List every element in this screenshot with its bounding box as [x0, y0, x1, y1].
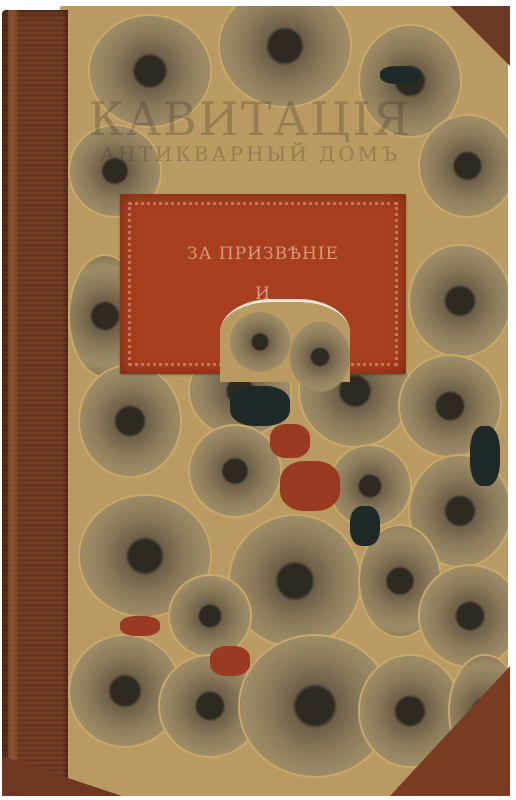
label-torn-area: [220, 299, 350, 382]
leather-spine: [2, 10, 68, 794]
watermark: КАВИТАЦІЯ АНТИКВАРНЫЙ ДОМЪ: [60, 95, 440, 165]
leather-corner-bottom-left: [2, 756, 122, 796]
label-line1: ЗА ПРИЗВѢНІЕ: [120, 244, 406, 264]
watermark-line2: АНТИКВАРНЫЙ ДОМЪ: [60, 143, 440, 165]
leather-corner-top-right: [450, 6, 510, 66]
leather-corner-bottom-right: [390, 666, 510, 796]
watermark-line1: КАВИТАЦІЯ: [60, 95, 440, 143]
title-label: ЗА ПРИЗВѢНІЕ И ВЛ ІЕ: [120, 194, 406, 374]
